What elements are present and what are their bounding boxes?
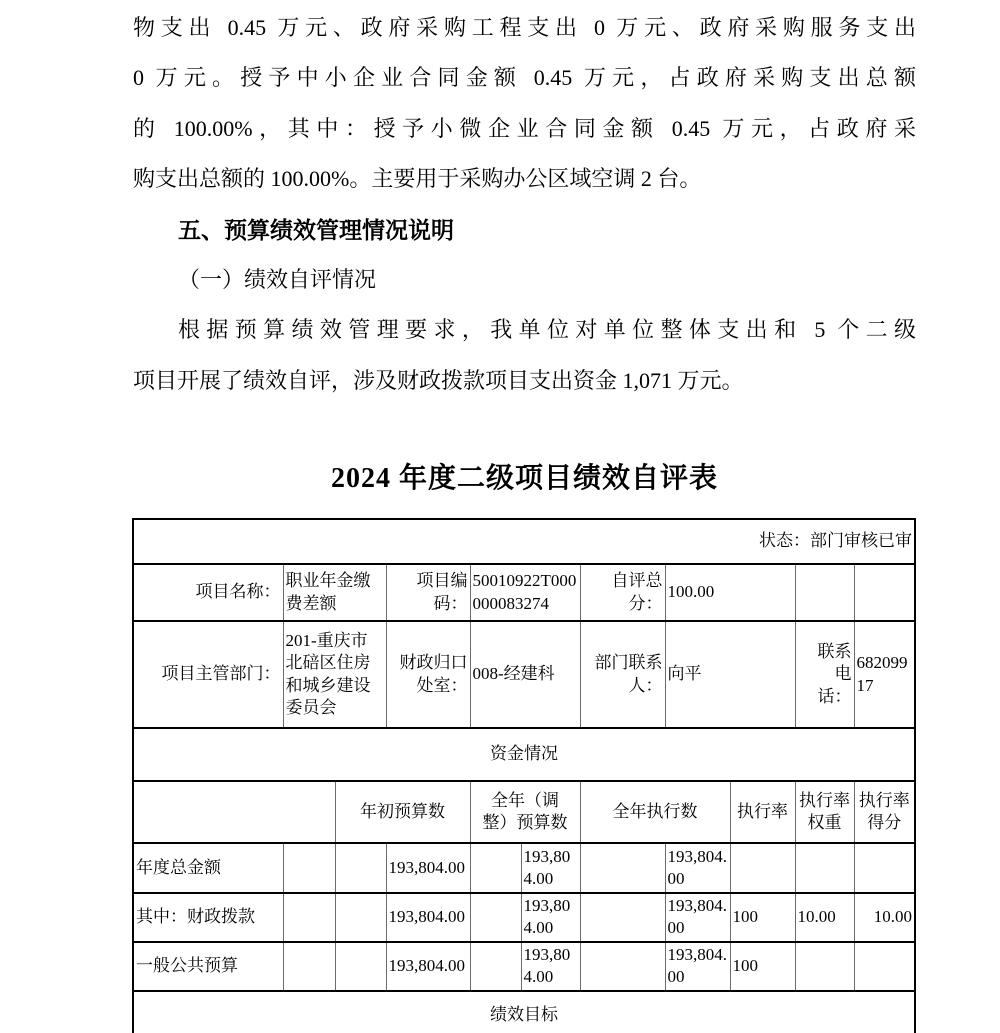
- department-info-row: 项目主管部门： 201-重庆市 北碚区住房 和城乡建设 委员会 财政归口 处室：…: [133, 621, 915, 728]
- paragraph-line: 0 万元。授予中小企业合同金额 0.45 万元，占政府采购支出总额: [133, 53, 916, 103]
- executed-cell: 193,804.00: [665, 942, 730, 991]
- paragraph-line: 物支出 0.45 万元、政府采购工程支出 0 万元、政府采购服务支出: [133, 3, 916, 53]
- paragraph-line: 根据预算绩效管理要求，我单位对单位整体支出和 5 个二级: [133, 305, 916, 355]
- col-header-rate-weight: 执行率 权重: [795, 781, 854, 843]
- contact-label: 部门联系 人：: [580, 621, 665, 728]
- project-info-row: 项目名称： 职业年金缴费差额 项目编 码： 50010922T000000083…: [133, 564, 915, 621]
- empty-cell: [335, 942, 386, 991]
- funds-row-total: 年度总金额 193,804.00 193,804.00 193,804.00: [133, 843, 915, 893]
- rate-weight-cell: [795, 942, 854, 991]
- initial-budget-cell: 193,804.00: [386, 893, 470, 942]
- phone-value: 68209917: [854, 621, 915, 728]
- adjusted-budget-cell: 193,804.00: [521, 942, 580, 991]
- self-evaluation-table: 状态：部门审核已审 项目名称： 职业年金缴费差额 项目编 码： 50010922…: [132, 518, 916, 1033]
- document-page: { "colors": { "background": "#ffffff", "…: [0, 0, 1000, 1033]
- project-name-label: 项目名称：: [133, 564, 283, 621]
- col-header-adjusted-budget: 全年（调 整）预算数: [470, 781, 580, 843]
- adjusted-budget-cell: 193,804.00: [521, 843, 580, 893]
- rate-weight-cell: 10.00: [795, 893, 854, 942]
- funds-row-label: 年度总金额: [133, 843, 283, 893]
- empty-cell: [580, 893, 665, 942]
- project-code-label: 项目编 码：: [386, 564, 470, 621]
- funds-row-public-budget: 一般公共预算 193,804.00 193,804.00 193,804.00 …: [133, 942, 915, 991]
- empty-cell: [854, 564, 915, 621]
- funds-section-row: 资金情况: [133, 728, 915, 781]
- empty-cell: [133, 781, 335, 843]
- status-cell: 状态：部门审核已审: [133, 519, 915, 564]
- target-section-row: 绩效目标: [133, 991, 915, 1033]
- dept-value: 201-重庆市 北碚区住房 和城乡建设 委员会: [283, 621, 386, 728]
- funds-row-fiscal: 其中：财政拨款 193,804.00 193,804.00 193,804.00…: [133, 893, 915, 942]
- bureau-value: 008-经建科: [470, 621, 580, 728]
- project-code-value: 50010922T000000083274: [470, 564, 580, 621]
- executed-cell: 193,804.00: [665, 893, 730, 942]
- rate-cell: 100: [730, 893, 795, 942]
- funds-section-header: 资金情况: [133, 728, 915, 781]
- rate-score-cell: 10.00: [854, 893, 915, 942]
- empty-cell: [335, 893, 386, 942]
- rate-score-cell: [854, 843, 915, 893]
- empty-cell: [580, 942, 665, 991]
- section-heading: 五、预算绩效管理情况说明: [133, 205, 916, 255]
- initial-budget-cell: 193,804.00: [386, 843, 470, 893]
- executed-cell: 193,804.00: [665, 843, 730, 893]
- col-header-initial-budget: 年初预算数: [335, 781, 470, 843]
- self-score-label: 自评总 分：: [580, 564, 665, 621]
- rate-cell: 100: [730, 942, 795, 991]
- funds-row-label: 一般公共预算: [133, 942, 283, 991]
- phone-label: 联系 电 话：: [795, 621, 854, 728]
- empty-cell: [283, 843, 335, 893]
- col-header-executed: 全年执行数: [580, 781, 730, 843]
- rate-score-cell: [854, 942, 915, 991]
- body-text-block: 物支出 0.45 万元、政府采购工程支出 0 万元、政府采购服务支出 0 万元。…: [133, 3, 916, 406]
- empty-cell: [283, 893, 335, 942]
- initial-budget-cell: 193,804.00: [386, 942, 470, 991]
- status-row: 状态：部门审核已审: [133, 519, 915, 564]
- empty-cell: [470, 893, 521, 942]
- rate-cell: [730, 843, 795, 893]
- paragraph-line: 项目开展了绩效自评，涉及财政拨款项目支出资金 1,071 万元。: [133, 356, 916, 406]
- empty-cell: [470, 843, 521, 893]
- funds-row-label: 其中：财政拨款: [133, 893, 283, 942]
- bureau-label: 财政归口 处室：: [386, 621, 470, 728]
- subsection-heading: （一）绩效自评情况: [133, 255, 916, 305]
- empty-cell: [795, 564, 854, 621]
- col-header-rate-score: 执行率 得分: [854, 781, 915, 843]
- rate-weight-cell: [795, 843, 854, 893]
- empty-cell: [580, 843, 665, 893]
- empty-cell: [283, 942, 335, 991]
- funds-header-row: 年初预算数 全年（调 整）预算数 全年执行数 执行率 执行率 权重 执行率 得分: [133, 781, 915, 843]
- col-header-rate: 执行率: [730, 781, 795, 843]
- dept-label: 项目主管部门：: [133, 621, 283, 728]
- empty-cell: [335, 843, 386, 893]
- contact-value: 向平: [665, 621, 795, 728]
- report-title: 2024 年度二级项目绩效自评表: [133, 458, 916, 500]
- adjusted-budget-cell: 193,804.00: [521, 893, 580, 942]
- target-section-header: 绩效目标: [133, 991, 915, 1033]
- empty-cell: [470, 942, 521, 991]
- paragraph-line: 购支出总额的 100.00%。主要用于采购办公区域空调 2 台。: [133, 154, 916, 204]
- self-score-value: 100.00: [665, 564, 795, 621]
- project-name-value: 职业年金缴费差额: [283, 564, 386, 621]
- paragraph-line: 的 100.00%，其中：授予小微企业合同金额 0.45 万元，占政府采: [133, 104, 916, 154]
